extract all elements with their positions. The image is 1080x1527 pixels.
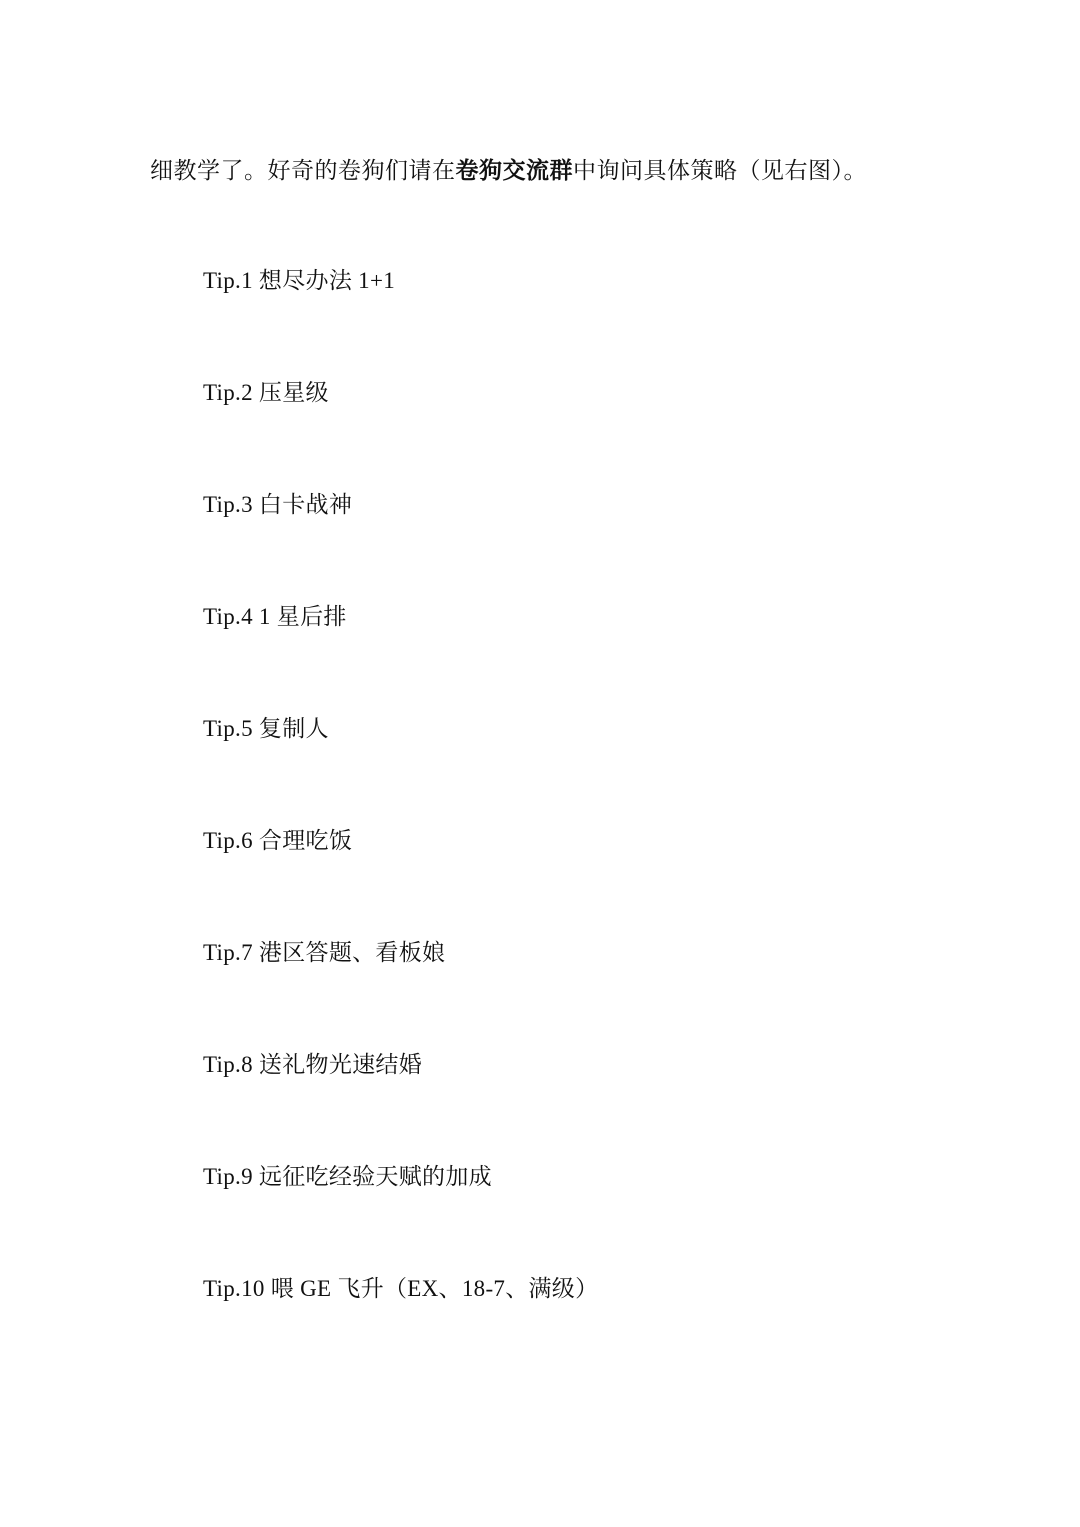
tip-item-7: Tip.7 港区答题、看板娘 — [203, 938, 903, 968]
intro-text-pre: 细教学了。好奇的卷狗们请在 — [150, 158, 456, 183]
tip-item-8: Tip.8 送礼物光速结婚 — [203, 1050, 903, 1080]
intro-text-bold: 卷狗交流群 — [456, 158, 574, 183]
tip-item-9: Tip.9 远征吃经验天赋的加成 — [203, 1162, 903, 1192]
tip-item-1: Tip.1 想尽办法 1+1 — [203, 266, 903, 296]
tip-item-10: Tip.10 喂 GE 飞升（EX、18-7、满级） — [203, 1274, 903, 1304]
tip-item-3: Tip.3 白卡战神 — [203, 490, 903, 520]
tip-item-5: Tip.5 复制人 — [203, 714, 903, 744]
document-page: 细教学了。好奇的卷狗们请在卷狗交流群中询问具体策略（见右图）。 Tip.1 想尽… — [0, 0, 1080, 1527]
tip-item-6: Tip.6 合理吃饭 — [203, 826, 903, 856]
intro-paragraph: 细教学了。好奇的卷狗们请在卷狗交流群中询问具体策略（见右图）。 — [150, 155, 940, 187]
tip-item-4: Tip.4 1 星后排 — [203, 602, 903, 632]
tip-item-2: Tip.2 压星级 — [203, 378, 903, 408]
tips-list: Tip.1 想尽办法 1+1 Tip.2 压星级 Tip.3 白卡战神 Tip.… — [203, 266, 903, 1304]
intro-text-post: 中询问具体策略（见右图）。 — [573, 158, 867, 183]
